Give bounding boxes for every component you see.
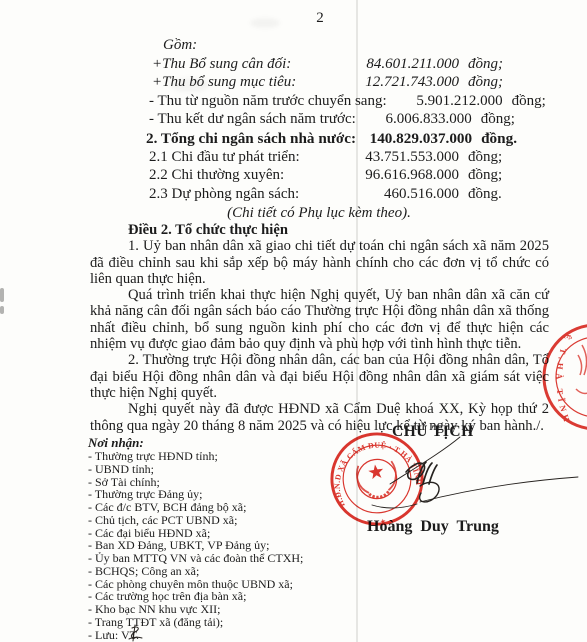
budget-rows: +Thu Bổ sung cân đối: 84.601.211.000đồng… — [146, 56, 512, 205]
budget-line-amount: 43.751.553.000 — [343, 149, 459, 166]
budget-line: - Thu từ nguồn năm trước chuyển sang: 5.… — [146, 93, 512, 112]
budget-line-unit: đồng; — [468, 74, 512, 91]
budget-line-amount: 12.721.743.000 — [343, 74, 459, 91]
recipient-item: - UBND tỉnh; — [88, 463, 338, 476]
article-paragraph: 1. Uỷ ban nhân dân xã giao chi tiết dự t… — [90, 238, 549, 287]
budget-line-unit: đồng; — [468, 149, 512, 166]
budget-line-amount: 460.516.000 — [343, 186, 459, 203]
budget-line-amount: 140.829.037.000 — [356, 130, 472, 148]
budget-line: +Thu bổ sung mục tiêu: 12.721.743.000đồn… — [146, 74, 512, 93]
budget-line-unit: đồng. — [481, 130, 525, 148]
budget-line-label: 2.1 Chi đầu tư phát triển: — [146, 149, 343, 166]
budget-line: 2.1 Chi đầu tư phát triển: 43.751.553.00… — [146, 149, 512, 168]
appendix-note: (Chi tiết có Phụ lục kèm theo). — [90, 205, 548, 222]
budget-line-value: 12.721.743.000đồng; — [343, 74, 512, 91]
recipients-block: Nơi nhận: - Thường trực HĐND tỉnh; - UBN… — [88, 435, 338, 641]
budget-line-value: 96.616.968.000đồng; — [343, 167, 512, 184]
recipient-item: - Thường trực HĐND tỉnh; — [88, 450, 338, 463]
budget-line-unit: đồng; — [481, 111, 525, 128]
budget-line-unit: đồng. — [468, 186, 512, 203]
recipient-item: - BCHQS; Công an xã; — [88, 565, 338, 578]
handwritten-flourish — [124, 624, 154, 642]
recipient-item: - Kho bạc NN khu vực XII; — [88, 603, 338, 616]
budget-line-amount: 84.601.211.000 — [343, 56, 459, 73]
budget-line-amount: 5.901.212.000 — [387, 93, 503, 110]
scan-edge-mark — [0, 288, 4, 302]
scan-edge-mark — [0, 306, 4, 314]
budget-line: 2. Tổng chi ngân sách nhà nước: 140.829.… — [146, 130, 512, 149]
budget-line-label: - Thu kết dư ngân sách năm trước: — [146, 111, 356, 128]
page-number: 2 — [55, 10, 585, 27]
budget-line-label: +Thu Bổ sung cân đối: — [146, 56, 343, 73]
budget-line-unit: đồng; — [468, 167, 512, 184]
budget-line-value: 140.829.037.000đồng. — [356, 130, 525, 148]
budget-line-amount: 96.616.968.000 — [343, 167, 459, 184]
budget-line-value: 43.751.553.000đồng; — [343, 149, 512, 166]
article-paragraph: 2. Thường trực Hội đồng nhân dân, các ba… — [90, 352, 549, 401]
budget-line-amount: 6.006.833.000 — [356, 111, 472, 128]
budget-line-value: 5.901.212.000đồng; — [387, 93, 556, 110]
budget-line: 2.3 Dự phòng ngân sách: 460.516.000đồng. — [146, 186, 512, 205]
article-heading: Điều 2. Tổ chức thực hiện — [90, 222, 549, 238]
budget-line-value: 460.516.000đồng. — [343, 186, 512, 203]
recipient-item: - Ủy ban MTTQ VN và các đoàn thể CTXH; — [88, 552, 338, 565]
budget-summary: Gồm: +Thu Bổ sung cân đối: 84.601.211.00… — [146, 37, 512, 204]
article-2: Điều 2. Tổ chức thực hiện 1. Uỷ ban nhân… — [90, 222, 549, 434]
budget-line-label: 2. Tổng chi ngân sách nhà nước: — [146, 130, 356, 148]
document-page: 2 Gồm: +Thu Bổ sung cân đối: 84.601.211.… — [0, 0, 587, 642]
budget-line-label: 2.2 Chi thường xuyên: — [146, 167, 343, 184]
budget-line-label: 2.3 Dự phòng ngân sách: — [146, 186, 343, 203]
signature — [360, 420, 587, 540]
budget-line-unit: đồng; — [468, 56, 512, 73]
budget-line-value: 6.006.833.000đồng; — [356, 111, 525, 128]
recipients-label: Nơi nhận: — [88, 435, 338, 450]
recipient-item: - Các đ/c BTV, BCH đảng bộ xã; — [88, 501, 338, 514]
budget-line-unit: đồng; — [512, 93, 556, 110]
article-paragraph: Quá trình triển khai thực hiện Nghị quyế… — [90, 287, 549, 352]
budget-intro-label: Gồm: — [146, 37, 512, 56]
budget-line-label: +Thu bổ sung mục tiêu: — [146, 74, 343, 91]
budget-line-value: 84.601.211.000đồng; — [343, 56, 512, 73]
budget-line-label: - Thu từ nguồn năm trước chuyển sang: — [146, 93, 387, 110]
budget-line: - Thu kết dư ngân sách năm trước: 6.006.… — [146, 111, 512, 130]
recipient-item: - Chủ tịch, các PCT UBND xã; — [88, 514, 338, 527]
budget-line: 2.2 Chi thường xuyên: 96.616.968.000đồng… — [146, 167, 512, 186]
budget-line: +Thu Bổ sung cân đối: 84.601.211.000đồng… — [146, 56, 512, 75]
